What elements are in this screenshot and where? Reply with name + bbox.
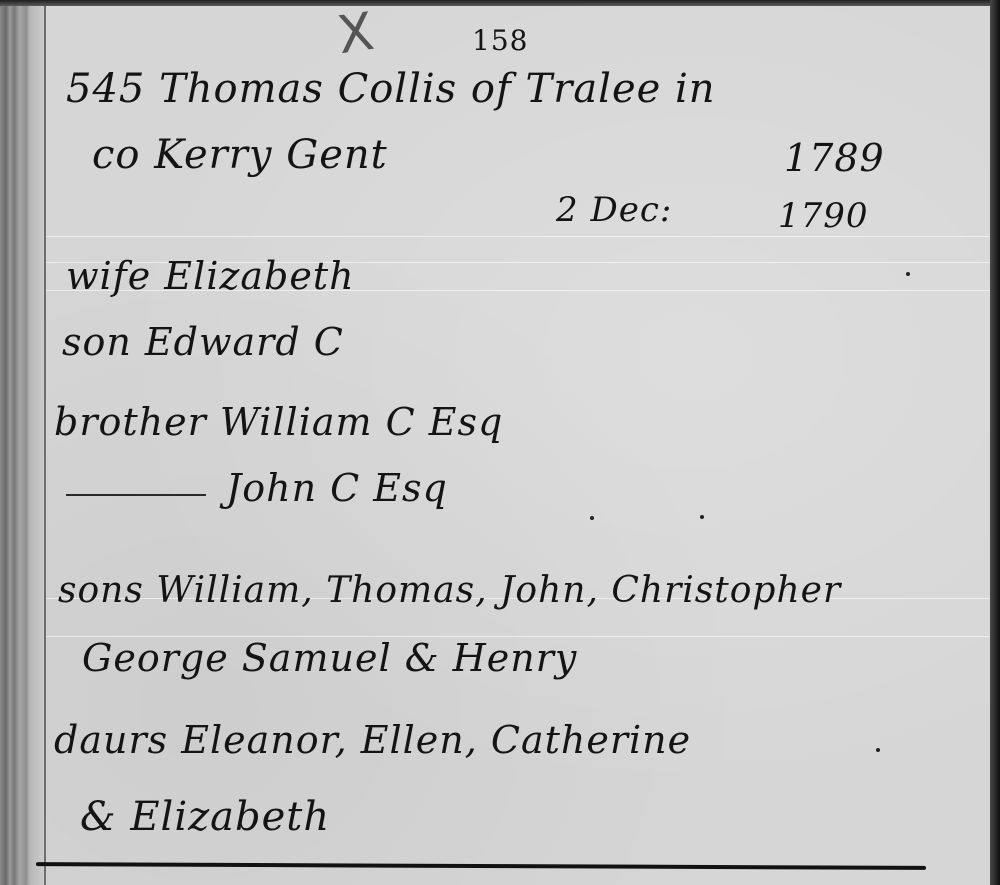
entry-line-2: co Kerry Gent <box>92 132 388 178</box>
entry-wife: wife Elizabeth <box>66 254 355 298</box>
book-binding-edge <box>0 0 46 885</box>
ink-speck <box>700 515 704 519</box>
entry-daughters: daurs Eleanor, Ellen, Catherine <box>54 718 691 762</box>
entry-date-year: 1790 <box>778 196 869 236</box>
margin-rule-line <box>44 0 46 885</box>
cross-mark: X <box>334 2 379 67</box>
manuscript-page: X 158 545 Thomas Collis of Tralee in co … <box>0 0 992 885</box>
entry-daughters-continued: & Elizabeth <box>80 794 330 840</box>
entry-brother-john: John C Esq <box>226 466 448 510</box>
entry-sons-continued: George Samuel & Henry <box>82 636 577 680</box>
ink-speck <box>906 272 910 276</box>
entry-year: 1789 <box>784 136 885 180</box>
entry-son: son Edward C <box>62 320 344 364</box>
ruled-line <box>46 236 992 237</box>
scan-right-edge <box>990 0 1000 885</box>
entry-brother-william: brother William C Esq <box>54 400 503 444</box>
entry-date-day: 2 Dec: <box>556 190 672 230</box>
ditto-dash <box>66 494 206 496</box>
ink-speck <box>876 748 880 752</box>
entry-line-1: 545 Thomas Collis of Tralee in <box>66 66 716 112</box>
page-number: 158 <box>472 24 528 57</box>
scan-top-edge <box>0 0 1000 6</box>
entry-sons: sons William, Thomas, John, Christopher <box>58 570 841 611</box>
ink-speck <box>590 516 594 520</box>
end-of-entry-rule <box>36 862 926 870</box>
